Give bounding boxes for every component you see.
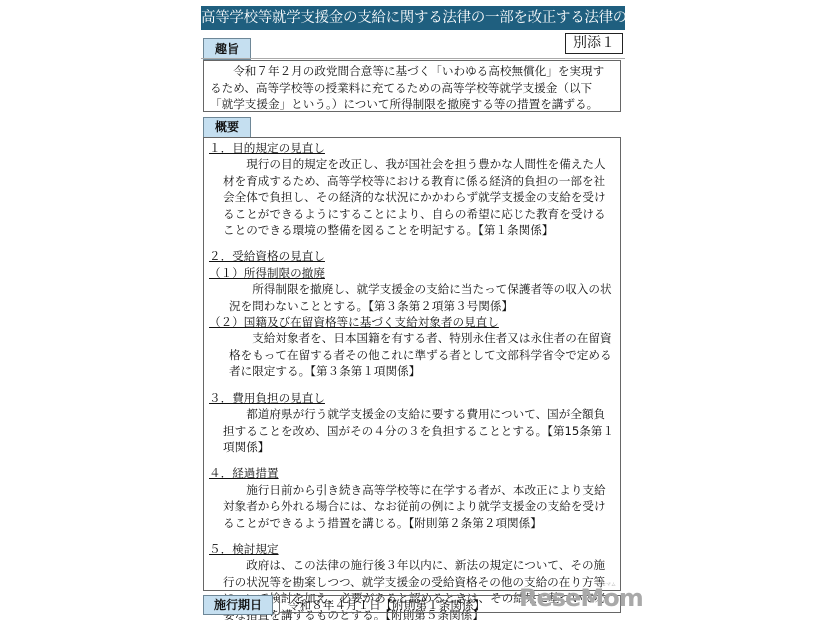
section-heading-3: ３．費用負担の見直し (209, 390, 615, 406)
overview-label: 概要 (203, 117, 251, 138)
section-body-3: 都道府県が行う就学支援金の支給に要する費用について、国が全額負担することを改め、… (209, 406, 615, 455)
subsection-body-2-1: 所得制限を撤廃し、就学支援金の支給に当たって保護者等の収入の状況を問わないことと… (209, 281, 615, 314)
overview-box: １．目的規定の見直し 現行の目的規定を改正し、我が国社会を担う豊かな人間性を備え… (203, 137, 621, 591)
purpose-box: 令和７年２月の政党間合意等に基づく「いわゆる高校無償化」を実現するため、高等学校… (203, 60, 621, 112)
section-body-4: 施行日前から引き続き高等学校等に在学する者が、本改正により支給対象者から外れる場… (209, 482, 615, 531)
purpose-text: 令和７年２月の政党間合意等に基づく「いわゆる高校無償化」を実現するため、高等学校… (210, 63, 614, 113)
effective-date-label: 施行期日 (203, 595, 273, 615)
subsection-heading-2-2: （２）国籍及び在留資格等に基づく支給対象者の見直し (209, 314, 615, 330)
attachment-label: 別添１ (565, 33, 623, 54)
document-title: 高等学校等就学支援金の支給に関する法律の一部を改正する法律の概要 (201, 6, 625, 30)
section-heading-2: ２．受給資格の見直し (209, 248, 615, 264)
subsection-body-2-2: 支給対象者を、日本国籍を有する者、特別永住者又は永住者の在留資格をもって在留する… (209, 330, 615, 379)
divider (201, 58, 625, 59)
section-heading-5: ５．検討規定 (209, 541, 615, 557)
purpose-label: 趣旨 (203, 38, 251, 60)
section-heading-4: ４．経過措置 (209, 465, 615, 481)
resemom-logo-kana: リセマム (596, 581, 616, 588)
subsection-heading-2-1: （１）所得制限の撤廃 (209, 265, 615, 281)
section-heading-1: １．目的規定の見直し (209, 140, 615, 156)
section-body-1: 現行の目的規定を改正し、我が国社会を担う豊かな人間性を備えた人材を育成するため、… (209, 156, 615, 238)
resemom-logo: ReseMom (519, 584, 643, 612)
